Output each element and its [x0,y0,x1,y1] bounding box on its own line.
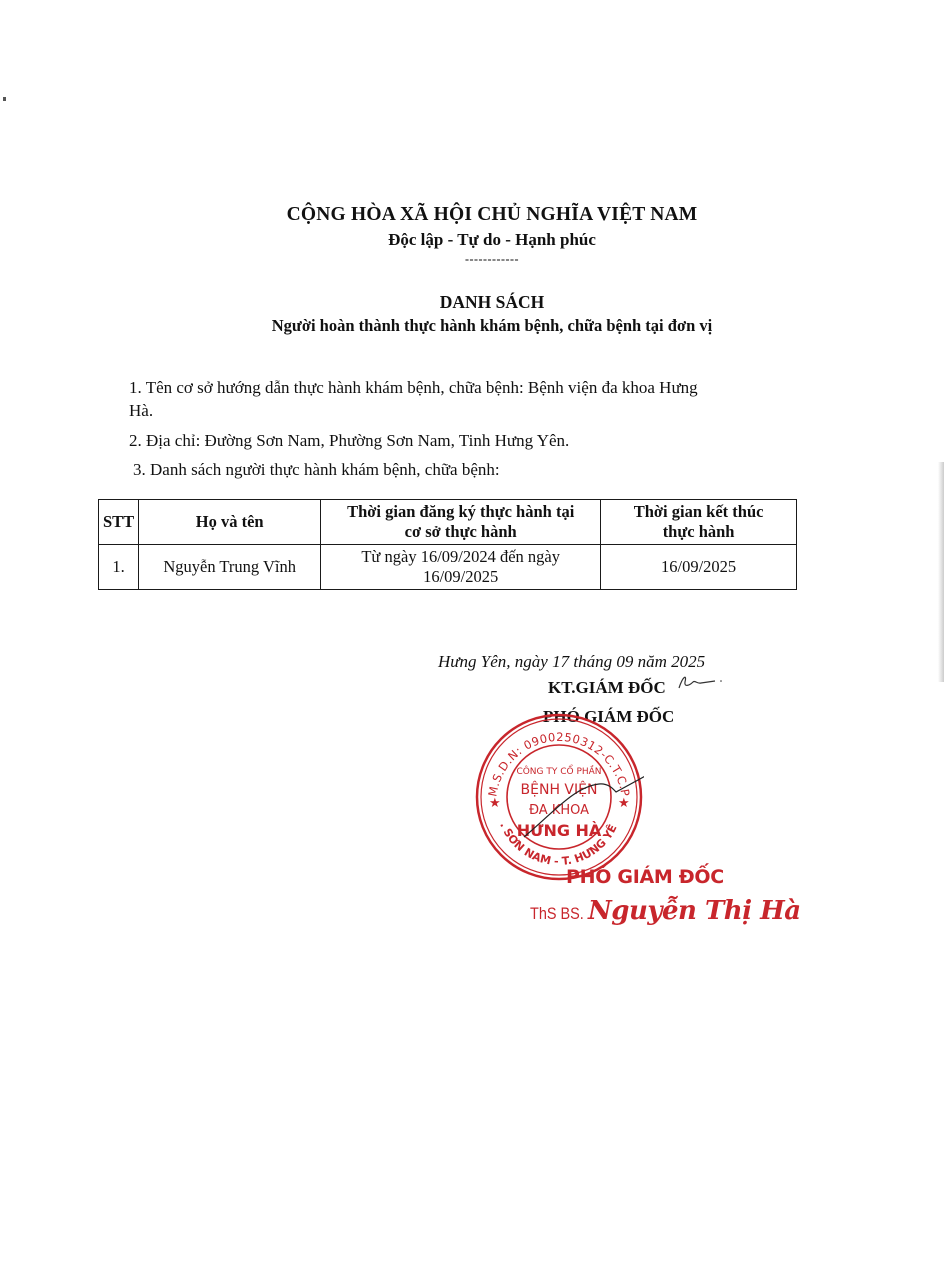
national-motto: Độc lập - Tự do - Hạnh phúc [0,230,944,250]
row-name: Nguyễn Trung Vĩnh [139,545,321,590]
on-behalf-title: KT.GIÁM ĐỐC [548,678,666,698]
stamp-line2: BỆNH VIỆN [521,780,598,798]
red-position-stamp: PHÓ GIÁM ĐỐC [566,866,724,888]
row-registration-line2: 16/09/2025 [423,567,498,586]
header-end-line2: thực hành [663,522,735,541]
header-registration-line1: Thời gian đăng ký thực hành tại [347,502,574,521]
star-right-icon: ★ [618,795,630,810]
signer-degree: ThS BS. [530,904,584,924]
row-registration-line1: Từ ngày 16/09/2024 đến ngày [361,547,560,566]
header-end-line1: Thời gian kết thúc [634,502,764,521]
scan-edge-shadow [938,462,944,682]
place-and-date: Hưng Yên, ngày 17 tháng 09 năm 2025 [438,652,705,672]
practitioner-list-label: 3. Danh sách người thực hành khám bệnh, … [133,459,500,481]
header-stt: STT [99,500,139,545]
header-end-date: Thời gian kết thúc thực hành [601,500,797,545]
scan-speck [3,97,6,101]
header-name: Họ và tên [139,500,321,545]
company-seal-icon: M.S.D.N: 0900250312-C.T.C.P P. SƠN NAM -… [474,712,644,882]
star-left-icon: ★ [489,795,501,810]
table-header-row: STT Họ và tên Thời gian đăng ký thực hàn… [99,500,797,545]
stamp-line1: CÔNG TY CỔ PHẦN [516,764,601,777]
facility-address: 2. Địa chỉ: Đường Sơn Nam, Phường Sơn Na… [129,430,569,452]
header-registration-line2: cơ sở thực hành [405,522,517,541]
row-end-date: 16/09/2025 [601,545,797,590]
header-separator: ------------ [0,252,944,267]
facility-name-line: 1. Tên cơ sở hướng dẫn thực hành khám bệ… [129,377,698,399]
row-registration: Từ ngày 16/09/2024 đến ngày 16/09/2025 [321,545,601,590]
initial-signature-icon [675,672,725,694]
practitioner-table: STT Họ và tên Thời gian đăng ký thực hàn… [98,499,797,590]
document-title: DANH SÁCH [0,292,944,313]
header-registration: Thời gian đăng ký thực hành tại cơ sở th… [321,500,601,545]
stamp-line4: HƯNG HÀ [517,821,602,840]
document-subtitle: Người hoàn thành thực hành khám bệnh, ch… [0,316,944,336]
national-title: CỘNG HÒA XÃ HỘI CHỦ NGHĨA VIỆT NAM [0,204,944,226]
row-stt: 1. [99,545,139,590]
table-row: 1. Nguyễn Trung Vĩnh Từ ngày 16/09/2024 … [99,545,797,590]
facility-name-line-cont: Hà. [129,400,153,422]
signer-name: Nguyễn Thị Hà [588,896,801,926]
